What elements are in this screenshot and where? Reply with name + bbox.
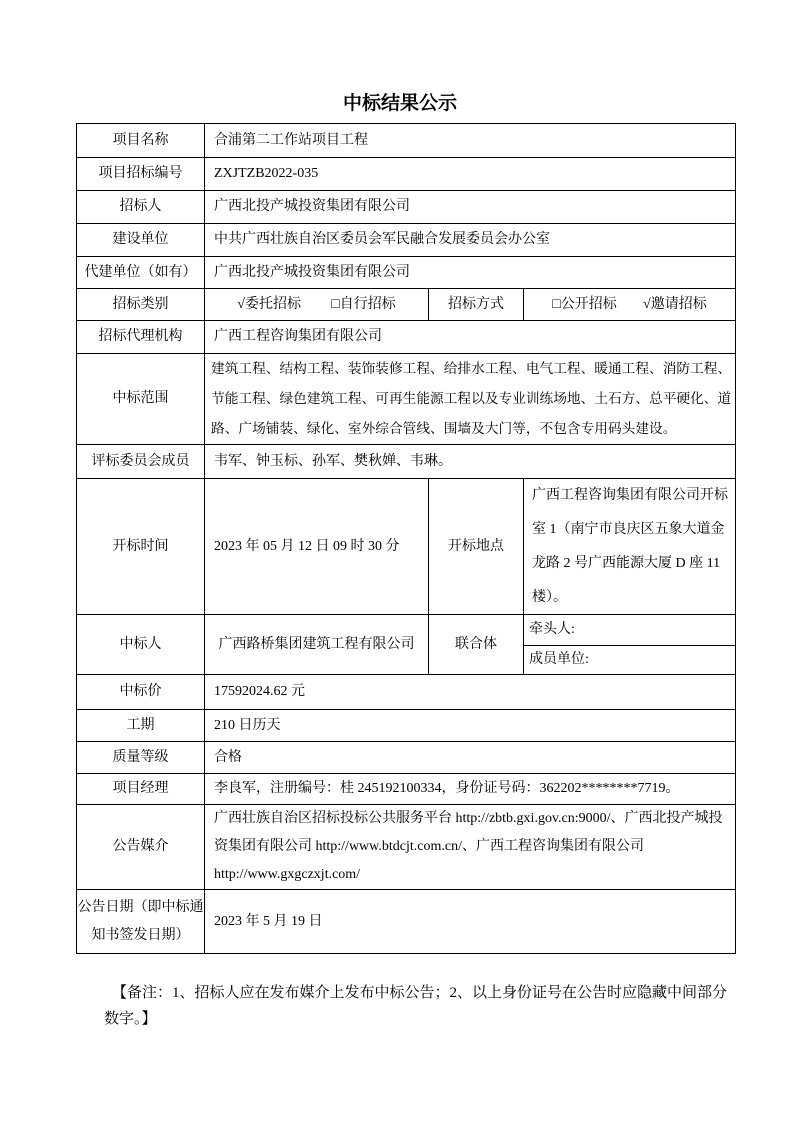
consortium-member-label: 成员单位: (524, 645, 735, 675)
option-open-unchecked: □公开招标 (552, 294, 616, 316)
label-award-price: 中标价 (77, 675, 204, 709)
row-construction-unit: 建设单位 中共广西壮族自治区委员会军民融合发展委员会办公室 (77, 223, 735, 256)
row-announcement-date: 公告日期（即中标通知书签发日期） 2023 年 5 月 19 日 (77, 889, 735, 953)
label-tender-method: 招标方式 (428, 289, 523, 320)
value-duration: 210 日历天 (204, 710, 735, 741)
option-entrusted-checked: √委托招标 (237, 294, 301, 316)
row-evaluation-committee: 评标委员会成员 韦军、钟玉标、孙军、樊秋婵、韦琳。 (77, 444, 735, 478)
option-invited-checked: √邀请招标 (643, 294, 707, 316)
label-project-manager: 项目经理 (77, 774, 204, 804)
label-duration: 工期 (77, 710, 204, 741)
document-title: 中标结果公示 (0, 88, 800, 115)
consortium-leader-label: 牵头人: (524, 615, 735, 645)
row-agent-unit: 代建单位（如有） 广西北投产城投资集团有限公司 (77, 256, 735, 288)
value-evaluation-committee: 韦军、钟玉标、孙军、樊秋婵、韦琳。 (204, 445, 735, 478)
row-tenderer: 招标人 广西北投产城投资集团有限公司 (77, 190, 735, 223)
label-award-scope: 中标范围 (77, 354, 204, 444)
value-project-manager: 李良军，注册编号：桂 245192100334，身份证号码：362202****… (204, 774, 735, 804)
label-tender-no: 项目招标编号 (77, 158, 204, 190)
value-quality-grade: 合格 (204, 742, 735, 773)
row-award-price: 中标价 17592024.62 元 (77, 674, 735, 709)
bid-result-table: 项目名称 合浦第二工作站项目工程 项目招标编号 ZXJTZB2022-035 招… (76, 123, 736, 954)
value-bid-opening-place: 广西工程咨询集团有限公司开标室 1（南宁市良庆区五象大道金龙路 2 号广西能源大… (523, 479, 735, 614)
consortium-cells: 牵头人: 成员单位: (523, 615, 735, 674)
value-project-name: 合浦第二工作站项目工程 (204, 124, 735, 157)
row-bid-opening: 开标时间 2023 年 05 月 12 日 09 时 30 分 开标地点 广西工… (77, 478, 735, 614)
label-consortium: 联合体 (428, 615, 523, 674)
document-page: 中标结果公示 项目名称 合浦第二工作站项目工程 项目招标编号 ZXJTZB202… (0, 0, 800, 1131)
value-tender-no: ZXJTZB2022-035 (204, 158, 735, 190)
value-agent-unit: 广西北投产城投资集团有限公司 (204, 257, 735, 288)
row-tender-agency: 招标代理机构 广西工程咨询集团有限公司 (77, 320, 735, 353)
row-tender-category: 招标类别 √委托招标 □自行招标 招标方式 □公开招标 √邀请招标 (77, 288, 735, 320)
label-agent-unit: 代建单位（如有） (77, 257, 204, 288)
label-quality-grade: 质量等级 (77, 742, 204, 773)
value-award-scope: 建筑工程、结构工程、装饰装修工程、给排水工程、电气工程、暖通工程、消防工程、节能… (204, 354, 735, 444)
value-winner: 广西路桥集团建筑工程有限公司 (204, 615, 428, 674)
label-announcement-media: 公告媒介 (77, 805, 204, 889)
label-tender-category: 招标类别 (77, 289, 204, 320)
row-duration: 工期 210 日历天 (77, 709, 735, 741)
value-construction-unit: 中共广西壮族自治区委员会军民融合发展委员会办公室 (204, 224, 735, 256)
value-tenderer: 广西北投产城投资集团有限公司 (204, 191, 735, 223)
footer-note: 【备注：1、招标人应在发布媒介上发布中标公告；2、以上身份证号在公告时应隐藏中间… (104, 980, 732, 1032)
row-award-scope: 中标范围 建筑工程、结构工程、装饰装修工程、给排水工程、电气工程、暖通工程、消防… (77, 353, 735, 444)
row-project-name: 项目名称 合浦第二工作站项目工程 (77, 124, 735, 157)
label-tenderer: 招标人 (77, 191, 204, 223)
label-construction-unit: 建设单位 (77, 224, 204, 256)
row-project-manager: 项目经理 李良军，注册编号：桂 245192100334，身份证号码：36220… (77, 773, 735, 804)
value-bid-opening-time: 2023 年 05 月 12 日 09 时 30 分 (204, 479, 428, 614)
option-self-unchecked: □自行招标 (331, 294, 395, 316)
label-bid-opening-place: 开标地点 (428, 479, 523, 614)
label-bid-opening-time: 开标时间 (77, 479, 204, 614)
value-announcement-date: 2023 年 5 月 19 日 (204, 890, 735, 953)
label-project-name: 项目名称 (77, 124, 204, 157)
label-tender-agency: 招标代理机构 (77, 321, 204, 353)
row-tender-no: 项目招标编号 ZXJTZB2022-035 (77, 157, 735, 190)
value-award-price: 17592024.62 元 (204, 675, 735, 709)
label-evaluation-committee: 评标委员会成员 (77, 445, 204, 478)
tender-category-options: √委托招标 □自行招标 (204, 289, 428, 320)
row-quality-grade: 质量等级 合格 (77, 741, 735, 773)
label-winner: 中标人 (77, 615, 204, 674)
value-announcement-media: 广西壮族自治区招标投标公共服务平台 http://zbtb.gxi.gov.cn… (204, 805, 735, 889)
row-announcement-media: 公告媒介 广西壮族自治区招标投标公共服务平台 http://zbtb.gxi.g… (77, 804, 735, 889)
value-tender-agency: 广西工程咨询集团有限公司 (204, 321, 735, 353)
row-winner: 中标人 广西路桥集团建筑工程有限公司 联合体 牵头人: 成员单位: (77, 614, 735, 674)
label-announcement-date: 公告日期（即中标通知书签发日期） (77, 890, 204, 953)
tender-method-options: □公开招标 √邀请招标 (523, 289, 735, 320)
